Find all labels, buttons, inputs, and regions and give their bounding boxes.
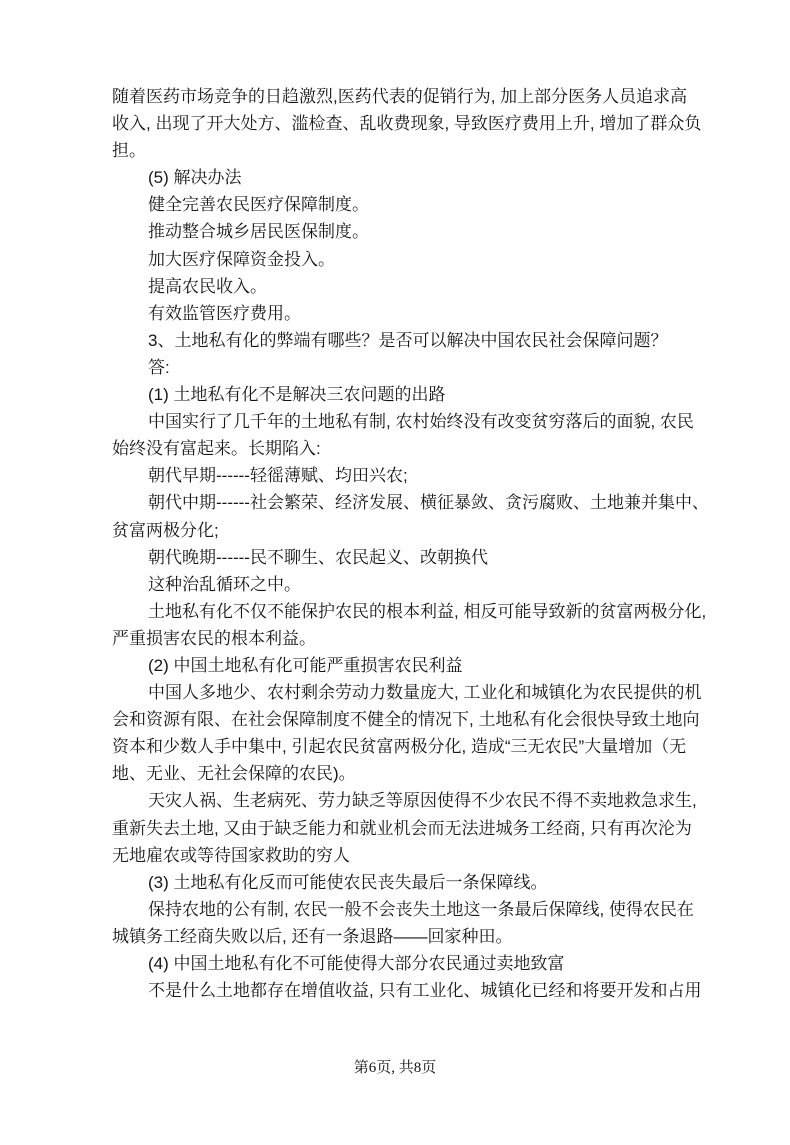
text-line: 土地私有化不仅不能保护农民的根本利益, 相反可能导致新的贫富两极分化, — [112, 598, 676, 625]
page-footer: 第6页, 共8页 — [0, 1056, 790, 1077]
text-line: 无地雇农或等待国家救助的穷人 — [112, 842, 676, 869]
text-line: 朝代早期------轻徭薄赋、均田兴农; — [112, 462, 676, 489]
text-line: 始终没有富起来。长期陷入: — [112, 435, 676, 462]
text-line: 健全完善农民医疗保障制度。 — [112, 191, 676, 218]
text-line: (3) 土地私有化反而可能使农民丧失最后一条保障线。 — [112, 869, 676, 896]
text-line: 朝代晚期------民不聊生、农民起义、改朝换代 — [112, 544, 676, 571]
text-line: 严重损害农民的根本利益。 — [112, 625, 676, 652]
text-line: 有效监管医疗费用。 — [112, 300, 676, 327]
text-line: 资本和少数人手中集中, 引起农民贫富两极分化, 造成“三无农民”大量增加（无 — [112, 733, 676, 760]
text-line: 这种治乱循环之中。 — [112, 571, 676, 598]
text-line: 3、土地私有化的弊端有哪些？是否可以解决中国农民社会保障问题？ — [112, 327, 676, 354]
text-line: 中国人多地少、农村剩余劳动力数量庞大, 工业化和城镇化为农民提供的机 — [112, 679, 676, 706]
text-line: 不是什么土地都存在增值收益, 只有工业化、城镇化已经和将要开发和占用 — [112, 977, 676, 1004]
text-line: 朝代中期------社会繁荣、经济发展、横征暴敛、贪污腐败、土地兼并集中、 — [112, 489, 676, 516]
document-page: 随着医药市场竞争的日趋激烈,医药代表的促销行为, 加上部分医务人员追求高收入, … — [0, 0, 790, 1145]
text-line: 担。 — [112, 137, 676, 164]
text-line: (2) 中国土地私有化可能严重损害农民利益 — [112, 652, 676, 679]
text-line: 答: — [112, 354, 676, 381]
text-line: 天灾人祸、生老病死、劳力缺乏等原因使得不少农民不得不卖地救急求生, — [112, 787, 676, 814]
text-line: 贫富两极分化; — [112, 517, 676, 544]
text-line: 随着医药市场竞争的日趋激烈,医药代表的促销行为, 加上部分医务人员追求高 — [112, 83, 676, 110]
text-line: (1) 土地私有化不是解决三农问题的出路 — [112, 381, 676, 408]
text-line: 城镇务工经商失败以后, 还有一条退路——回家种田。 — [112, 923, 676, 950]
text-line: 地、无业、无社会保障的农民)。 — [112, 760, 676, 787]
page-number-indicator: 第6页, 共8页 — [354, 1060, 437, 1076]
text-line: 加大医疗保障资金投入。 — [112, 246, 676, 273]
document-body: 随着医药市场竞争的日趋激烈,医药代表的促销行为, 加上部分医务人员追求高收入, … — [112, 83, 676, 1004]
text-line: 会和资源有限、在社会保障制度不健全的情况下, 土地私有化会很快导致土地向 — [112, 706, 676, 733]
text-line: 收入, 出现了开大处方、滥检查、乱收费现象, 导致医疗费用上升, 增加了群众负 — [112, 110, 676, 137]
text-line: 中国实行了几千年的土地私有制, 农村始终没有改变贫穷落后的面貌, 农民 — [112, 408, 676, 435]
text-line: 推动整合城乡居民医保制度。 — [112, 218, 676, 245]
text-line: 重新失去土地, 又由于缺乏能力和就业机会而无法进城务工经商, 只有再次沦为 — [112, 815, 676, 842]
text-line: (5) 解决办法 — [112, 164, 676, 191]
text-line: 保持农地的公有制, 农民一般不会丧失土地这一条最后保障线, 使得农民在 — [112, 896, 676, 923]
text-line: (4) 中国土地私有化不可能使得大部分农民通过卖地致富 — [112, 950, 676, 977]
text-line: 提高农民收入。 — [112, 273, 676, 300]
